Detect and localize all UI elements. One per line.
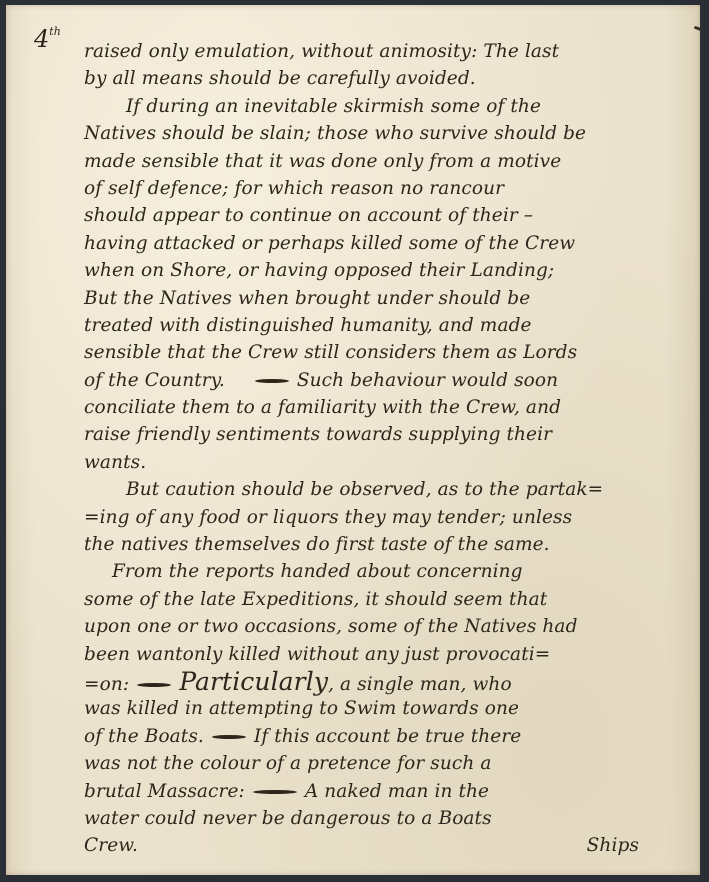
text-line: But caution should be observed, as to th…: [84, 476, 684, 503]
dash-mark: [137, 683, 171, 687]
text-line: sensible that the Crew still considers t…: [84, 339, 684, 366]
ink-mark: [694, 26, 703, 32]
text-segment: If this account be true there: [254, 726, 521, 747]
text-line: treated with distinguished humanity, and…: [84, 312, 684, 339]
dash-mark: [253, 790, 297, 794]
text-line: when on Shore, or having opposed their L…: [84, 257, 684, 284]
dash-mark: [255, 379, 289, 383]
manuscript-text: raised only emulation, without animosity…: [84, 38, 684, 860]
text-line: the natives themselves do first taste of…: [84, 531, 684, 558]
text-line: having attacked or perhaps killed some o…: [84, 230, 684, 257]
manuscript-page: 4th raised only emulation, without animo…: [6, 5, 700, 875]
text-segment: A naked man in the: [305, 781, 489, 802]
dash-mark: [212, 735, 246, 739]
text-line: been wantonly killed without any just pr…: [84, 641, 684, 668]
text-line: From the reports handed about concerning: [84, 558, 684, 585]
text-segment: Crew.: [84, 835, 138, 856]
text-line: by all means should be carefully avoided…: [84, 65, 684, 92]
page-number-value: 4: [34, 25, 49, 53]
text-line: raise friendly sentiments towards supply…: [84, 421, 684, 448]
text-line: should appear to continue on account of …: [84, 202, 684, 229]
page-number: 4th: [34, 25, 61, 53]
text-line: raised only emulation, without animosity…: [84, 38, 684, 65]
text-segment: of the Boats.: [84, 726, 204, 747]
text-line: of the Country.Such behaviour would soon: [84, 367, 684, 394]
text-line: water could never be dangerous to a Boat…: [84, 805, 684, 832]
text-line: Natives should be slain; those who survi…: [84, 120, 684, 147]
text-line: was not the colour of a pretence for suc…: [84, 750, 684, 777]
text-line: wants.: [84, 449, 684, 476]
text-line: conciliate them to a familiarity with th…: [84, 394, 684, 421]
text-line: made sensible that it was done only from…: [84, 148, 684, 175]
text-line: If during an inevitable skirmish some of…: [84, 93, 684, 120]
text-line: of self defence; for which reason no ran…: [84, 175, 684, 202]
text-line: But the Natives when brought under shoul…: [84, 285, 684, 312]
text-line: upon one or two occasions, some of the N…: [84, 613, 684, 640]
catchword: Ships: [587, 832, 639, 859]
text-segment: , a single man, who: [328, 674, 512, 695]
text-line: was killed in attempting to Swim towards…: [84, 695, 684, 722]
text-segment-emphasis: Particularly: [179, 667, 328, 696]
text-line: =ing of any food or liquors they may ten…: [84, 504, 684, 531]
page-number-suffix: th: [49, 25, 61, 38]
text-line: of the Boats.If this account be true the…: [84, 723, 684, 750]
text-segment: brutal Massacre:: [84, 781, 245, 802]
text-line: =on:Particularly, a single man, who: [84, 668, 684, 695]
text-line: Crew. Ships: [84, 832, 684, 859]
text-segment: =on:: [84, 674, 129, 695]
text-line: some of the late Expeditions, it should …: [84, 586, 684, 613]
text-segment: Such behaviour would soon: [297, 370, 558, 391]
text-line: brutal Massacre:A naked man in the: [84, 778, 684, 805]
text-segment: of the Country.: [84, 370, 225, 391]
